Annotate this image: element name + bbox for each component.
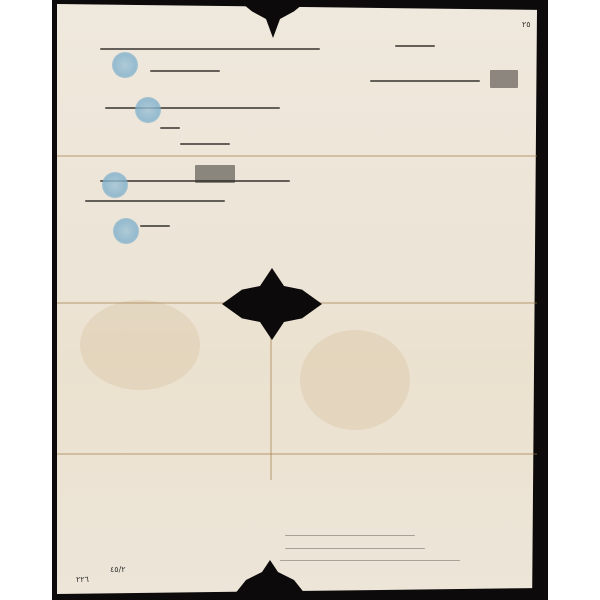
faint-handwriting-line bbox=[285, 535, 415, 536]
handwriting-marginal-note bbox=[490, 70, 518, 88]
paper-stain bbox=[80, 300, 200, 390]
blue-seal-stamp bbox=[135, 97, 161, 123]
blue-seal-stamp bbox=[112, 52, 138, 78]
handwriting-line bbox=[140, 225, 170, 227]
photo-frame: ۲٥ ٢٢٦ ٤٥/٢ bbox=[0, 0, 600, 600]
blue-seal-stamp bbox=[113, 218, 139, 244]
fold-line bbox=[57, 453, 537, 455]
handwriting-line bbox=[180, 143, 230, 145]
faint-handwriting-line bbox=[280, 560, 460, 561]
fold-line bbox=[57, 155, 537, 157]
handwriting-line bbox=[100, 180, 290, 182]
handwriting-line bbox=[85, 200, 225, 202]
archive-mark: ٤٥/٢ bbox=[110, 565, 126, 574]
handwriting-line bbox=[150, 70, 220, 72]
handwriting-line bbox=[395, 45, 435, 47]
archive-mark: ٢٢٦ bbox=[76, 575, 89, 584]
paper-stain bbox=[300, 330, 410, 430]
page-number-mark: ۲٥ bbox=[522, 20, 531, 29]
faint-handwriting-line bbox=[285, 548, 425, 549]
handwriting-line bbox=[105, 107, 280, 109]
handwriting-line bbox=[160, 127, 180, 129]
handwriting-line bbox=[100, 48, 320, 50]
handwriting-line bbox=[370, 80, 480, 82]
blue-seal-stamp bbox=[102, 172, 128, 198]
